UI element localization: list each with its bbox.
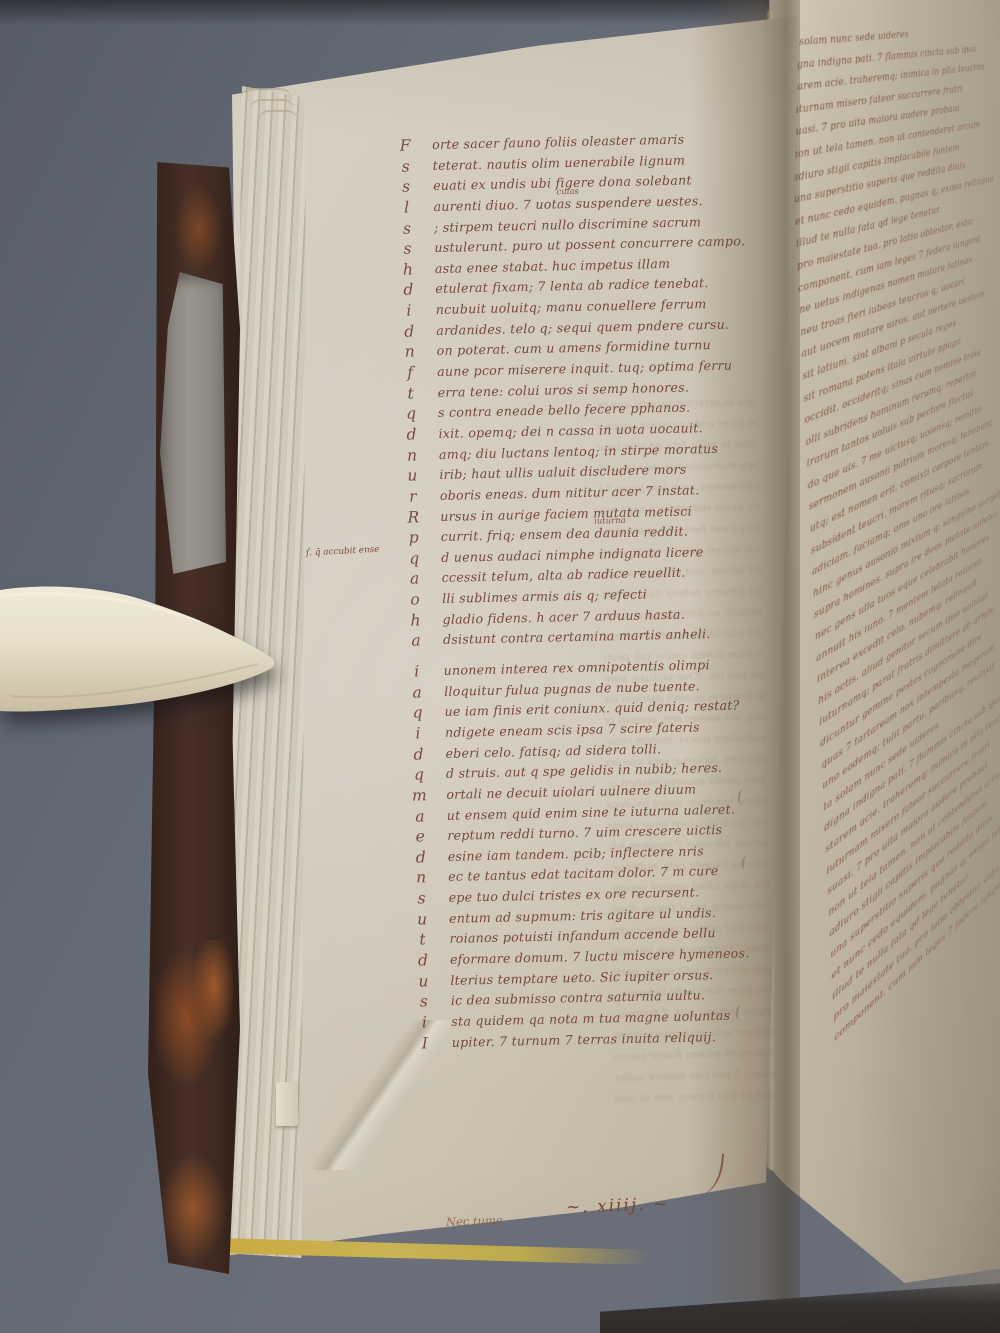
- margin-initial: d: [391, 281, 425, 300]
- line-text: upiter. 7 turnum 7 terras inuita reliqui…: [452, 1029, 717, 1050]
- line-text: gladio fidens. h acer 7 arduus hasta.: [442, 606, 685, 626]
- line-text: aune pcor miserere inquit. tuq; optima f…: [437, 358, 732, 379]
- margin-initial: a: [399, 632, 433, 651]
- line-text: teterat. nautis olim uenerabile lignum: [432, 152, 685, 173]
- show-through-line: non ut tela tamen. non ut contenderet ar…: [615, 1089, 775, 1114]
- line-text: currit. friq; ensem dea daunia reddit.: [441, 524, 689, 544]
- interlinear-gloss: cuias: [556, 187, 579, 197]
- margin-initial: o: [398, 590, 432, 609]
- margin-initial: i: [392, 301, 426, 320]
- margin-initial: t: [393, 384, 427, 403]
- line-text: ut ensem quid enim sine te iuturna ualer…: [447, 801, 736, 822]
- margin-initial: n: [404, 869, 438, 888]
- margin-initial: F: [388, 136, 422, 155]
- margin-initial: q: [397, 549, 431, 568]
- margin-initial: s: [407, 992, 441, 1011]
- line-text: lterius temptare ueto. Sic iupiter orsus…: [450, 967, 713, 988]
- line-text: sta quidem qa nota m tua magne uoluntas: [451, 1008, 730, 1029]
- margin-initial: i: [407, 1013, 441, 1032]
- margin-initial: d: [392, 322, 426, 341]
- parchment-tab: [276, 1082, 298, 1126]
- margin-initial: a: [397, 570, 431, 589]
- line-text: ndigete eneam scis ipsa 7 scire fateris: [445, 719, 700, 740]
- line-text: oboris eneas. dum nititur acer 7 instat.: [440, 482, 700, 503]
- line-text: esine iam tandem. pcib; inflectere nris: [448, 843, 705, 864]
- margin-initial: q: [394, 405, 428, 424]
- line-text: lloquitur fulua pugnas de nube tuente.: [444, 678, 700, 699]
- line-text: d struis. aut q spe gelidis in nubib; he…: [446, 760, 723, 781]
- margin-initial: t: [405, 930, 439, 949]
- margin-initial: h: [398, 611, 432, 630]
- margin-initial: a: [403, 807, 437, 826]
- rust-patch: [152, 1141, 235, 1263]
- margin-initial: d: [404, 848, 438, 867]
- line-text: epe tuo dulci tristes ex ore recursent.: [448, 884, 699, 904]
- margin-initial: l: [389, 198, 423, 217]
- margin-initial: i: [399, 662, 433, 681]
- rust-patch: [166, 184, 230, 284]
- line-text: d uenus audaci nimphe indignata licere: [441, 544, 704, 565]
- leaf-corner: [259, 110, 297, 120]
- line-text: amq; diu luctans lentoq; in stirpe morat…: [439, 440, 719, 461]
- margin-initial: d: [401, 745, 435, 764]
- margin-initial: u: [405, 910, 439, 929]
- margin-initial: s: [390, 239, 424, 258]
- line-text: eformare domum. 7 luctu miscere hymeneos…: [450, 945, 750, 967]
- margin-initial: s: [389, 178, 423, 197]
- margin-initial: u: [406, 972, 440, 991]
- line-text: entum ad supmum: tris agitare ul undis.: [449, 905, 716, 926]
- margin-initial: s: [390, 219, 424, 238]
- line-text: unonem interea rex omnipotentis olimpi: [444, 657, 710, 678]
- leaf-corner: [250, 99, 294, 110]
- bone-folder-pointer: [0, 576, 286, 728]
- line-text: ustulerunt. puro ut possent concurrere c…: [434, 233, 745, 255]
- main-text-block: Forte sacer fauno foliis oleaster amaris…: [388, 128, 788, 1054]
- margin-initial: u: [395, 466, 429, 485]
- margin-initial: R: [396, 508, 430, 527]
- line-text: ncubuit uoluitq; manu conuellere ferrum: [436, 296, 707, 317]
- line-text: ursus in aurige faciem mutata metisci: [440, 503, 692, 523]
- quire-number: ~. xiiij. ~: [566, 1194, 670, 1218]
- margin-initial: I: [408, 1034, 442, 1053]
- margin-initial: q: [400, 703, 434, 722]
- line-text: irib; haut ullis ualuit discludere mors: [439, 462, 686, 482]
- line-text: ic dea submisso contra saturnia uultu.: [451, 988, 706, 1009]
- line-text: roianos potuisti infandum accende bellu: [449, 925, 716, 946]
- manuscript-photo: ta solam nunc sede uideresdigna indigna …: [0, 0, 1000, 1333]
- margin-initial: d: [406, 951, 440, 970]
- line-text: ortali ne decuit uiolari uulnere diuum: [446, 781, 696, 801]
- line-text: ccessit telum, alta ab radice reuellit.: [441, 565, 685, 585]
- margin-initial: e: [403, 827, 437, 846]
- line-text: asta enee stabat. huc impetus illam: [435, 256, 671, 276]
- margin-initial: h: [391, 260, 425, 279]
- line-text: ec te tantus edat tacitam dolor. 7 m cur…: [448, 863, 719, 884]
- margin-initial: m: [402, 786, 436, 805]
- margin-initial: s: [388, 157, 422, 176]
- catchword: Nec tume: [446, 1213, 503, 1229]
- rust-patch: [155, 940, 232, 1096]
- line-text: reptum reddi turno. 7 uim crescere uicti…: [447, 822, 722, 843]
- line-text: dsistunt contra certamina martis anheli.: [443, 626, 711, 647]
- line-text: etulerat fixam; 7 lenta ab radice teneba…: [435, 276, 709, 297]
- line-text: ; stirpem teucri nullo discrimine sacrum: [434, 214, 701, 235]
- yellow-fore-edge: [212, 1238, 652, 1265]
- margin-initial: f: [393, 363, 427, 382]
- margin-initial: s: [404, 889, 438, 908]
- line-text: on poterat. cum u amens formidine turnu: [437, 337, 711, 358]
- margin-initial: d: [394, 425, 428, 444]
- line-text: lli sublimes armis ais q; refecti: [442, 587, 647, 606]
- margin-initial: r: [396, 487, 430, 506]
- line-text: ixit. opemq; dei n cassa in uota uocauit…: [438, 420, 703, 441]
- line-text: ardanides. telo q; sequi quem pndere cur…: [436, 316, 729, 337]
- line-text: ue iam finis erit coniunx. quid deniq; r…: [444, 698, 739, 719]
- margin-initial: a: [400, 683, 434, 702]
- line-text: erra tene: colui uros si semp honores.: [437, 379, 689, 399]
- line-text: eberi celo. fatisq; ad sidera tolli.: [445, 741, 661, 761]
- interlinear-gloss: iuturna: [594, 516, 626, 527]
- margin-initial: n: [393, 343, 427, 362]
- margin-initial: i: [401, 724, 435, 743]
- margin-initial: q: [402, 765, 436, 784]
- margin-initial: n: [395, 446, 429, 465]
- line-text: orte sacer fauno foliis oleaster amaris: [432, 132, 684, 152]
- line-text: s contra eneade bello fecere pphanos.: [438, 400, 691, 420]
